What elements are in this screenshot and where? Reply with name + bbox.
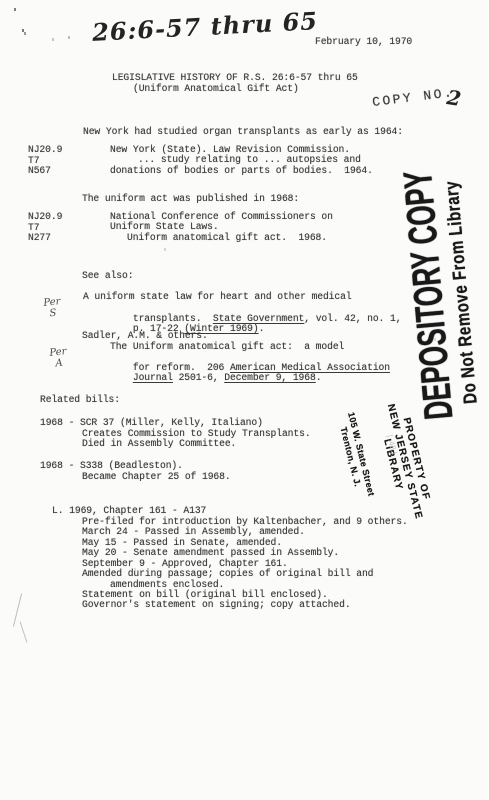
margin-note-per-s: Per S xyxy=(43,296,62,320)
related-bills-heading: Related bills: xyxy=(40,395,120,406)
scan-speck-artifacts xyxy=(14,8,16,11)
article2-line4-mid: 2501-6, xyxy=(173,372,224,383)
ny-entry-line-2: ... study relating to ... autopsies and xyxy=(138,155,361,166)
bill2-line-2: Became Chapter 25 of 1968. xyxy=(82,472,231,483)
intro-new-york-line: New York had studied organ transplants a… xyxy=(83,127,403,138)
article2-author-line: Sadler, A.M. & others. xyxy=(82,331,208,342)
law-1969-amended-line: Amended during passage; copies of origin… xyxy=(82,569,373,580)
copy-no-stamp: COPY NO. xyxy=(371,85,455,110)
scanned-document-page: 26:6-57 thru 65 February 10, 1970 LEGISL… xyxy=(0,0,489,800)
date-line: February 10, 1970 xyxy=(315,37,412,48)
nccusl-entry-line-3: Uniform anatomical gift act. 1968. xyxy=(127,233,327,244)
pen-scribble-artifact xyxy=(20,621,28,642)
document-title-line-1: LEGISLATIVE HISTORY OF R.S. 26:6-57 thru… xyxy=(112,73,358,84)
article2-line4-post: . xyxy=(316,372,322,383)
article2-issue-date: December 9, 1968 xyxy=(224,372,315,383)
law-1969-amendment-line: May 20 - Senate amendment passed in Asse… xyxy=(82,548,339,559)
article1-line-1: A uniform state law for heart and other … xyxy=(83,292,352,303)
journal-title-ama-part2: Journal xyxy=(133,372,173,383)
article2-line-2: The Uniform anatomical gift act: a model xyxy=(110,342,344,353)
handwritten-copy-number: 2 xyxy=(445,85,463,111)
law-1969-governor-line: Governor's statement on signing; copy at… xyxy=(82,600,351,611)
call-number-nccusl: NJ20.9 T7 N277 xyxy=(28,212,62,244)
ny-entry-line-3: donations of bodies or parts of bodies. … xyxy=(110,166,373,177)
library-address-stamp: 105 W. State Street Trenton, N. J. xyxy=(333,400,380,512)
article1-line2-post: , vol. 42, no. 1, xyxy=(304,313,401,324)
call-number-ny: NJ20.9 T7 N567 xyxy=(28,145,62,177)
handwritten-docket-number: 26:6-57 thru 65 xyxy=(91,6,318,47)
law-1969-heading: L. 1969, Chapter 161 - A137 xyxy=(52,506,206,517)
intro-uniform-act-line: The uniform act was published in 1968: xyxy=(82,194,299,205)
article1-line3-post: . xyxy=(259,323,265,334)
article2-line-4: Journal 2501-6, December 9, 1968. xyxy=(110,363,321,395)
bill1-line-3: Died in Assembly Committee. xyxy=(82,439,236,450)
see-also-heading: See also: xyxy=(82,271,133,282)
nccusl-entry-line-2: Uniform State Laws. xyxy=(110,222,219,233)
law-1969-assembly-line: March 24 - Passed in Assembly, amended. xyxy=(82,527,305,538)
document-title-line-2: (Uniform Anatomical Gift Act) xyxy=(133,84,299,95)
bill1-line-1: 1968 - SCR 37 (Miller, Kelly, Italiano) xyxy=(40,418,263,429)
bill2-line-1: 1968 - S338 (Beadleston). xyxy=(40,461,183,472)
margin-note-per-a: Per A xyxy=(49,346,68,370)
